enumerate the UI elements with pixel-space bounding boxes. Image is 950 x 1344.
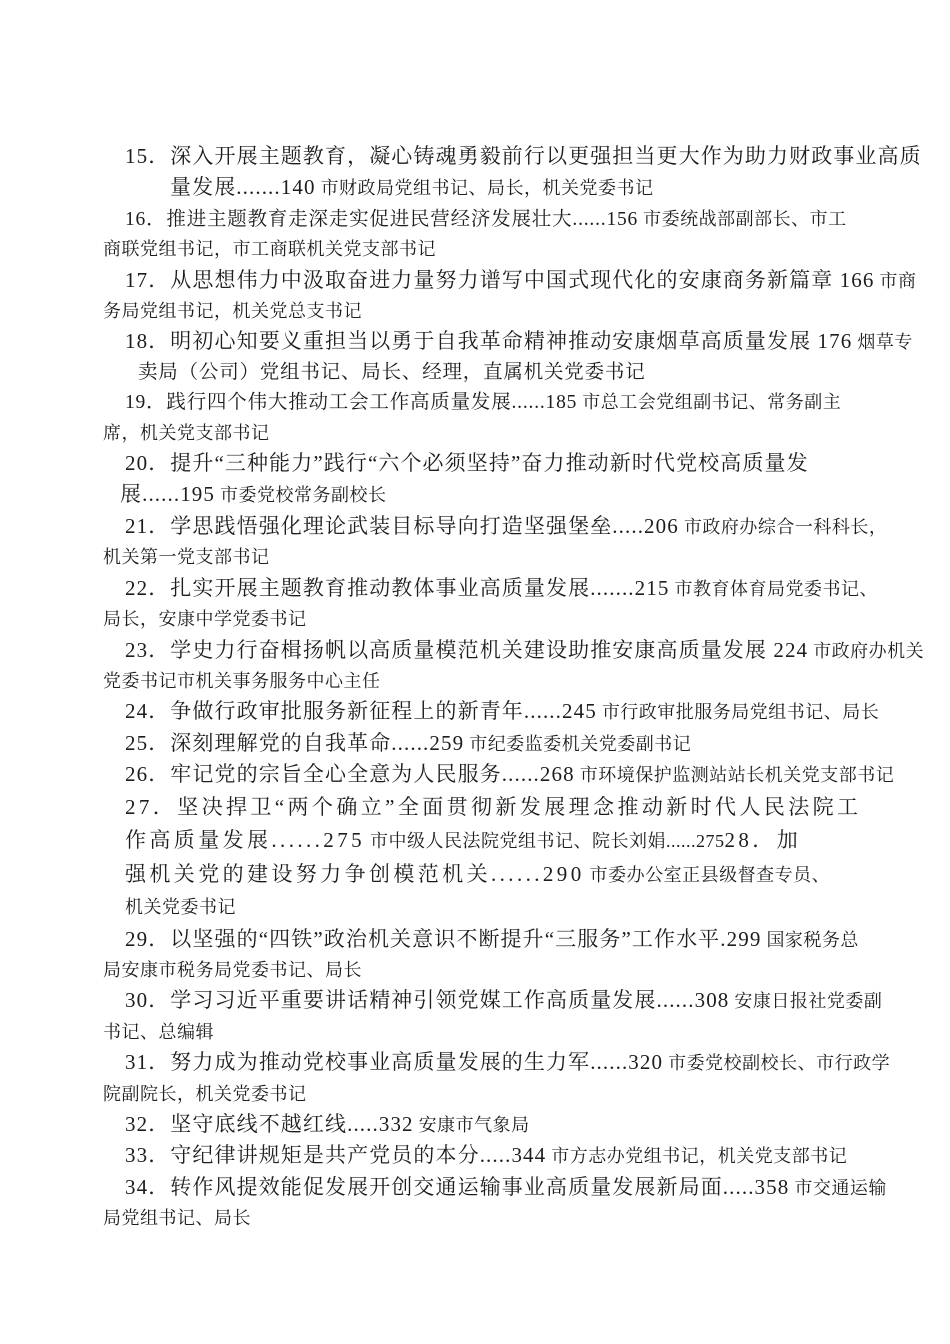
toc-segment: 安康市气象局 [414,1115,530,1135]
toc-segment: 局长，安康中学党委书记 [103,609,307,629]
toc-segment: 28．加 [725,828,802,852]
toc-segment: 30．学习习近平重要讲话精神引领党媒工作高质量发展......308 [125,988,729,1012]
toc-segment: 18．明初心知要义重担当以勇于自我革命精神推动安康烟草高质量发展 176 [125,329,852,353]
toc-line: 量发展.......140 市财政局党组书记、局长，机关党委书记 [100,173,918,204]
toc-segment: 局安康市税务局党委书记、局长 [103,960,362,980]
toc-line: 25．深刻理解党的自我革命......259 市纪委监委机关党委副书记 [100,729,918,760]
toc-segment: 34．转作风提效能促发展开创交通运输事业高质量发展新局面.....358 [125,1175,789,1199]
toc-segment: 17．从思想伟力中汲取奋进力量努力谱写中国式现代化的安康商务新篇章 166 [125,268,874,292]
toc-segment: 市委统战部副部长、市工 [638,209,847,229]
toc-line: 机关第一党支部书记 [100,543,918,573]
toc-segment: 市教育体育局党委书记、 [669,579,878,599]
toc-segment: 务局党组书记，机关党总支书记 [103,301,362,321]
toc-line: 务局党组书记，机关党总支书记 [100,297,918,327]
toc-segment: 市委办公室正县级督查专员、 [585,865,831,885]
toc-segment: 15．深入开展主题教育，凝心铸魂勇毅前行以更强担当更大作为助力财政事业高质 [125,144,922,168]
toc-line: 卖局（公司）党组书记、局长、经理，直属机关党委书记 [100,359,918,388]
toc-segment: 22．扎实开展主题教育推动教体事业高质量发展.......215 [125,576,669,600]
toc-segment: 席，机关党支部书记 [103,423,270,443]
toc-segment: 29．以坚强的“四铁”政治机关意识不断提升“三服务”工作水平.299 [125,927,761,951]
toc-segment: 国家税务总 [761,930,859,950]
toc-segment: 21．学思践悟强化理论武装目标导向打造坚强堡垒.....206 [125,514,679,538]
toc-segment: 书记、总编辑 [103,1022,214,1042]
toc-line: 局安康市税务局党委书记、局长 [100,956,918,986]
toc-line: 29．以坚强的“四铁”政治机关意识不断提升“三服务”工作水平.299 国家税务总 [100,925,918,956]
toc-line: 作高质量发展......275 市中级人民法院党组书记、院长刘娟......27… [100,825,918,859]
toc-line: 34．转作风提效能促发展开创交通运输事业高质量发展新局面.....358 市交通… [100,1173,918,1204]
toc-segment: 展......195 [120,482,215,506]
toc-segment: 市环境保护监测站站长机关党支部书记 [575,765,895,785]
toc-line: 18．明初心知要义重担当以勇于自我革命精神推动安康烟草高质量发展 176 烟草专 [100,327,918,358]
toc-segment: 商联党组书记，市工商联机关党支部书记 [103,239,436,259]
toc-segment: 市委党校常务副校长 [215,485,387,505]
toc-segment: 作高质量发展......275 [125,828,365,852]
toc-line: 强机关党的建设努力争创模范机关......290 市委办公室正县级督查专员、 [100,859,918,893]
toc-line: 19．践行四个伟大推动工会工作高质量发展......185 市总工会党组副书记、… [100,388,918,418]
toc-line: 15．深入开展主题教育，凝心铸魂勇毅前行以更强担当更大作为助力财政事业高质 [100,142,918,173]
toc-segment: 市行政审批服务局党组书记、局长 [597,702,880,722]
toc-line: 22．扎实开展主题教育推动教体事业高质量发展.......215 市教育体育局党… [100,574,918,605]
toc-line: 展......195 市委党校常务副校长 [100,480,918,511]
toc-line: 席，机关党支部书记 [100,419,918,449]
toc-list: 15．深入开展主题教育，凝心铸魂勇毅前行以更强担当更大作为助力财政事业高质量发展… [100,142,918,1235]
toc-line: 30．学习习近平重要讲话精神引领党媒工作高质量发展......308 安康日报社… [100,986,918,1017]
toc-segment: 市委党校副校长、市行政学 [663,1053,890,1073]
toc-line: 23．学史力行奋楫扬帆以高质量模范机关建设助推安康高质量发展 224 市政府办机… [100,636,918,667]
toc-line: 24．争做行政审批服务新征程上的新青年......245 市行政审批服务局党组书… [100,697,918,728]
toc-segment: 市商 [874,271,916,291]
toc-segment: 市财政局党组书记、局长，机关党委书记 [316,178,654,198]
toc-segment: 安康日报社党委副 [729,991,882,1011]
toc-line: 党委书记市机关事务服务中心主任 [100,667,918,697]
toc-segment: 党委书记市机关事务服务中心主任 [103,671,381,691]
toc-segment: 26．牢记党的宗旨全心全意为人民服务......268 [125,762,575,786]
toc-segment: 24．争做行政审批服务新征程上的新青年......245 [125,699,597,723]
toc-line: 27．坚决捍卫“两个确立”全面贯彻新发展理念推动新时代人民法院工 [100,792,918,826]
toc-line: 局党组书记、局长 [100,1204,918,1234]
toc-segment: 市纪委监委机关党委副书记 [464,734,691,754]
toc-line: 商联党组书记，市工商联机关党支部书记 [100,235,918,265]
toc-segment: 强机关党的建设努力争创模范机关......290 [125,862,585,886]
toc-line: 33．守纪律讲规矩是共产党员的本分.....344 市方志办党组书记，机关党支部… [100,1141,918,1172]
toc-segment: 卖局（公司）党组书记、局长、经理，直属机关党委书记 [138,362,646,383]
toc-line: 20．提升“三种能力”践行“六个必须坚持”奋力推动新时代党校高质量发 [100,449,918,480]
toc-segment: 市方志办党组书记，机关党支部书记 [546,1146,847,1166]
toc-line: 局长，安康中学党委书记 [100,605,918,635]
document-page: { "page": { "background_color": "#ffffff… [0,0,950,1344]
toc-segment: 33．守纪律讲规矩是共产党员的本分.....344 [125,1143,546,1167]
toc-segment: 局党组书记、局长 [103,1208,251,1228]
toc-segment: 市政府办机关 [808,641,924,661]
toc-segment: 量发展.......140 [170,175,316,199]
toc-segment: 市中级人民法院党组书记、院长刘娟......275 [365,831,725,851]
toc-segment: 市政府办综合一科科长， [679,517,888,537]
toc-segment: 院副院长，机关党委书记 [103,1084,307,1104]
toc-segment: 机关第一党支部书记 [103,547,270,567]
toc-line: 机关党委书记 [100,892,918,925]
toc-line: 21．学思践悟强化理论武装目标导向打造坚强堡垒.....206 市政府办综合一科… [100,512,918,543]
toc-segment: 31．努力成为推动党校事业高质量发展的生力军......320 [125,1050,663,1074]
toc-segment: 25．深刻理解党的自我革命......259 [125,731,464,755]
toc-segment: 市总工会党组副书记、常务副主 [577,392,841,412]
toc-line: 32．坚守底线不越红线.....332 安康市气象局 [100,1110,918,1141]
toc-line: 31．努力成为推动党校事业高质量发展的生力军......320 市委党校副校长、… [100,1048,918,1079]
toc-segment: 烟草专 [852,332,913,352]
toc-segment: 20．提升“三种能力”践行“六个必须坚持”奋力推动新时代党校高质量发 [125,451,809,475]
toc-line: 院副院长，机关党委书记 [100,1080,918,1110]
toc-segment: 32．坚守底线不越红线.....332 [125,1112,414,1136]
toc-segment: 27．坚决捍卫“两个确立”全面贯彻新发展理念推动新时代人民法院工 [125,795,861,819]
toc-line: 16．推进主题教育走深走实促进民营经济发展壮大......156 市委统战部副部… [100,205,918,235]
toc-segment: 16．推进主题教育走深走实促进民营经济发展壮大......156 [125,209,638,230]
toc-segment: 19．践行四个伟大推动工会工作高质量发展......185 [125,392,577,413]
toc-line: 书记、总编辑 [100,1018,918,1048]
toc-segment: 机关党委书记 [125,897,236,917]
toc-line: 26．牢记党的宗旨全心全意为人民服务......268 市环境保护监测站站长机关… [100,760,918,791]
toc-segment: 23．学史力行奋楫扬帆以高质量模范机关建设助推安康高质量发展 224 [125,638,808,662]
toc-line: 17．从思想伟力中汲取奋进力量努力谱写中国式现代化的安康商务新篇章 166 市商 [100,266,918,297]
toc-segment: 市交通运输 [789,1178,887,1198]
